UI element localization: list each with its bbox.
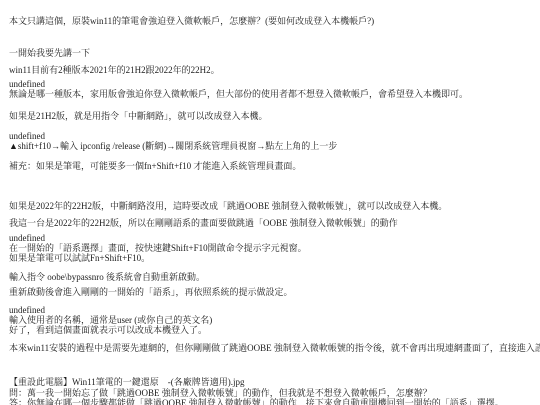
doc-line-answer-clipped: 答：你無論在哪一個步驟都能做「跳過OOBE 強制登入微軟帳號」的動作，接下來會自… [9,398,536,405]
doc-line-21h2-method: 如果是21H2版，就是用指令「中斷網路」，就可以改成登入本機。 [9,111,536,121]
doc-line-question: 問：萬一我一開始忘了做「跳過OOBE 強制登入微軟帳號」的動作，但我就是不想登入… [9,388,536,398]
article-body: 本文只講這個，原裝win11的筆電會強迫登入微軟帳戶，怎麼辦？(要如何改成登入本… [0,0,540,405]
doc-line-no-network-screen: 本來win11安裝的過程中是需要先連網的，但你剛剛做了跳過OOBE 強制登入微軟… [9,343,536,353]
doc-line-my-machine: 我這一台是2022年的22H2版，所以在剛剛語系的畫面要做跳過「OOBE 強制登… [9,218,536,228]
doc-line-bypassnro-cmd: 輸入指令 oobe\bypassnro 後系統會自動重新啟動。 [9,272,536,282]
doc-line-versions: win11目前有2種版本2021年的21H2跟2022年的22H2。 [9,65,536,75]
undefined-placeholder: undefined [9,305,536,315]
doc-line-restart: 重新啟動後會進入剛剛的一開始的「語系」，再依照系統的提示做設定。 [9,287,536,297]
doc-line-shift-f10-steps: ▲shift+f10→輸入 ipconfig /release (斷網)→關閉系… [9,141,536,151]
undefined-placeholder: undefined [9,233,536,243]
doc-line-intro: 一開始我要先講一下 [9,48,536,58]
doc-line-done: 好了，看到這個畫面就表示可以改成本機登入了。 [9,325,536,335]
doc-line-laptop-note: 補充：如果是筆電，可能要多一個fn+Shift+f10 才能進入系統管理員畫面。 [9,161,536,171]
undefined-placeholder: undefined [9,79,536,89]
doc-line-username: 輸入使用者的名稱，通常是user (或你自己的英文名) [9,315,536,325]
doc-line-language-screen: 在一開始的「語系選擇」畫面，按快速鍵Shift+F10開啟命令提示字元視窗。 [9,243,536,253]
doc-line-title: 本文只講這個，原裝win11的筆電會強迫登入微軟帳戶，怎麼辦？(要如何改成登入本… [9,16,536,26]
doc-line-forced-login: 無論是哪一種版本，家用版會強迫你登入微軟帳戶，但大部份的使用者都不想登入微軟帳戶… [9,89,536,99]
doc-line-image-filename: 【重設此電腦】Win11筆電的一鍵還原 -(各廠牌皆適用).jpg [9,377,536,387]
doc-line-fn-shift-f10: 如果是筆電可以試試Fn+Shift+F10。 [9,253,536,263]
undefined-placeholder: undefined [9,131,536,141]
doc-line-22h2-method: 如果是2022年的22H2版，中斷網路沒用，這時要改成「跳過OOBE 強制登入微… [9,201,536,211]
